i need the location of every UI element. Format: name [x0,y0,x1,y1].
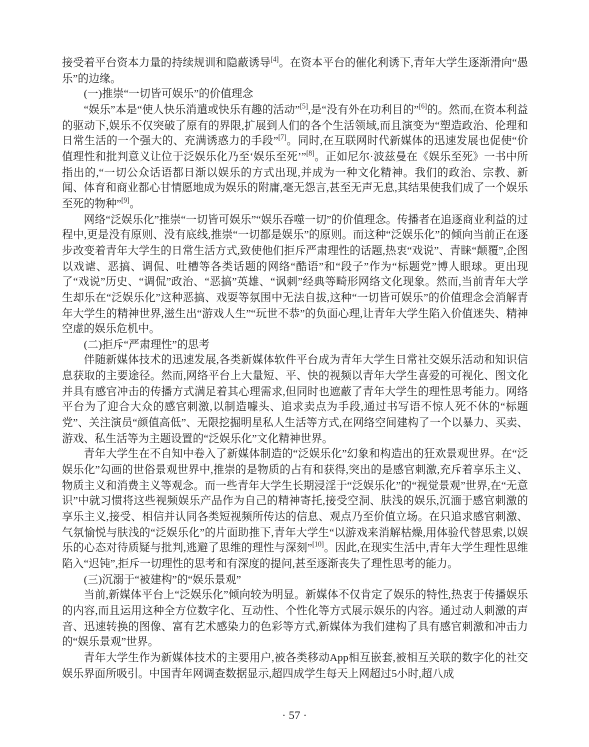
paragraph: 伴随新媒体技术的迅速发展,各类新媒体软件平台成为青年大学生日常社交娱乐活动和知识… [62,353,528,447]
paragraph: 当前,新媒体平台上“泛娱乐化”倾向较为明显。新媒体不仅肯定了娱乐的特性,热衷于传… [62,588,528,651]
document-page: 接受着平台资本力量的持续规训和隐蔽诱导[4]。在资本平台的催化利诱下,青年大学生… [0,0,589,747]
citation-ref: [8] [306,149,314,157]
citation-ref: [7] [278,134,286,142]
section-heading: (三)沉溺于“被建构”的“娱乐景观” [62,573,528,589]
article-body: 接受着平台资本力量的持续规训和隐蔽诱导[4]。在资本平台的催化利诱下,青年大学生… [62,56,528,682]
paragraph: 青年大学生在不自知中卷入了新媒体制造的“泛娱乐化”幻象和构造出的狂欢景观世界。在… [62,447,528,572]
section-heading: (二)拒斥“严肃理性”的思考 [62,338,528,354]
page-number: · 57 · [0,710,589,722]
section-heading: (一)推崇“一切皆可娱乐”的价值理念 [62,87,528,103]
citation-ref: [6] [419,102,427,110]
paragraph: 网络“泛娱乐化”推崇“一切皆可娱乐”“娱乐吞噬一切”的价值理念。传播者在追逐商业… [62,213,528,338]
citation-ref: [5] [300,102,308,110]
citation-ref: [4] [271,55,279,63]
citation-ref: [9] [121,196,129,204]
paragraph: 接受着平台资本力量的持续规训和隐蔽诱导[4]。在资本平台的催化利诱下,青年大学生… [62,56,528,87]
paragraph: “娱乐”本是“使人快乐消遣或快乐有趣的活动”[5],是“没有外在功利目的”[6]… [62,103,528,213]
citation-ref: [10] [312,541,324,549]
paragraph: 青年大学生作为新媒体技术的主要用户,被各类移动App相互嵌套,被相互关联的数字化… [62,651,528,682]
